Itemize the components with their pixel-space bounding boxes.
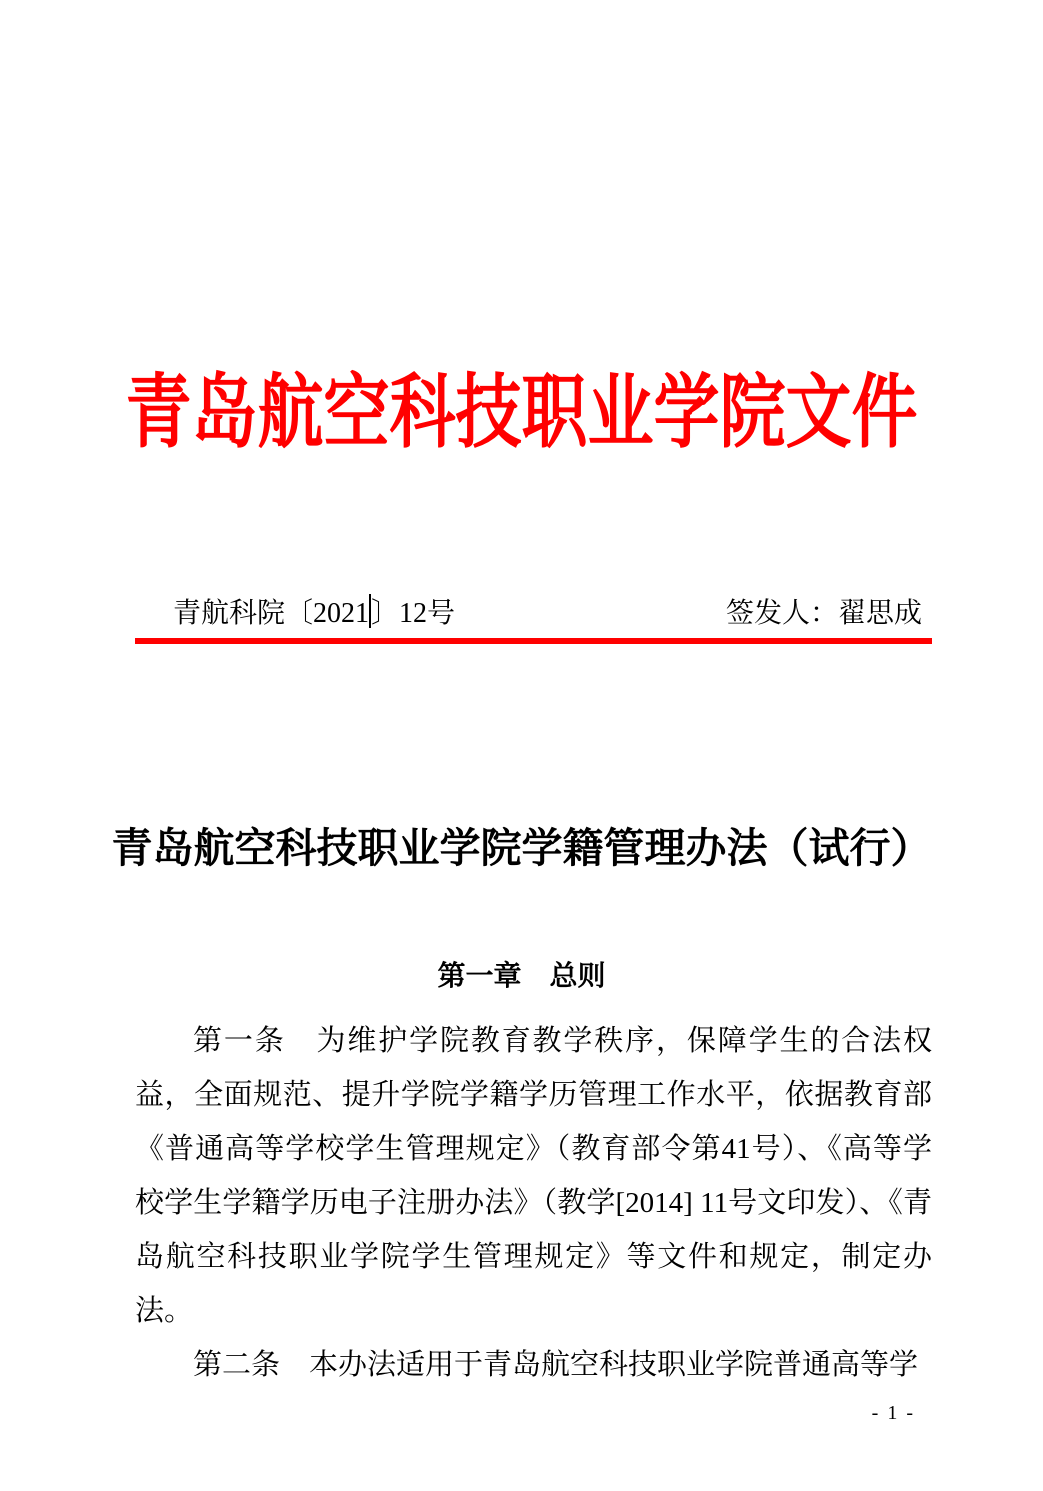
official-document-page: 青岛航空科技职业学院文件 青航科院〔2021〕12号 签发人：翟思成 青岛航空科…	[0, 0, 1043, 1491]
paragraph-article-1: 第一条 为维护学院教育教学秩序，保障学生的合法权益，全面规范、提升学院学籍学历管…	[135, 1014, 932, 1338]
banner-title-text: 青岛航空科技职业学院文件	[126, 374, 918, 455]
document-number-line: 青航科院〔2021〕12号 签发人：翟思成	[135, 594, 932, 632]
document-number-before-cursor: 青航科院〔2021	[173, 598, 369, 629]
document-title: 青岛航空科技职业学院学籍管理办法（试行）	[0, 823, 1043, 873]
document-number-field[interactable]: 青航科院〔2021〕12号	[135, 594, 455, 632]
red-separator-line	[135, 638, 932, 644]
chapter-heading: 第一章 总则	[0, 958, 1043, 994]
red-header-banner-title: 青岛航空科技职业学院文件	[0, 374, 1043, 440]
document-body: 第一条 为维护学院教育教学秩序，保障学生的合法权益，全面规范、提升学院学籍学历管…	[135, 1014, 932, 1392]
document-number-after-cursor: 〕12号	[371, 598, 455, 629]
issuer-name-label: 签发人：翟思成	[726, 596, 932, 632]
page-number: - 1 -	[872, 1400, 915, 1426]
paragraph-article-2: 第二条 本办法适用于青岛航空科技职业学院普通高等学	[135, 1338, 932, 1392]
